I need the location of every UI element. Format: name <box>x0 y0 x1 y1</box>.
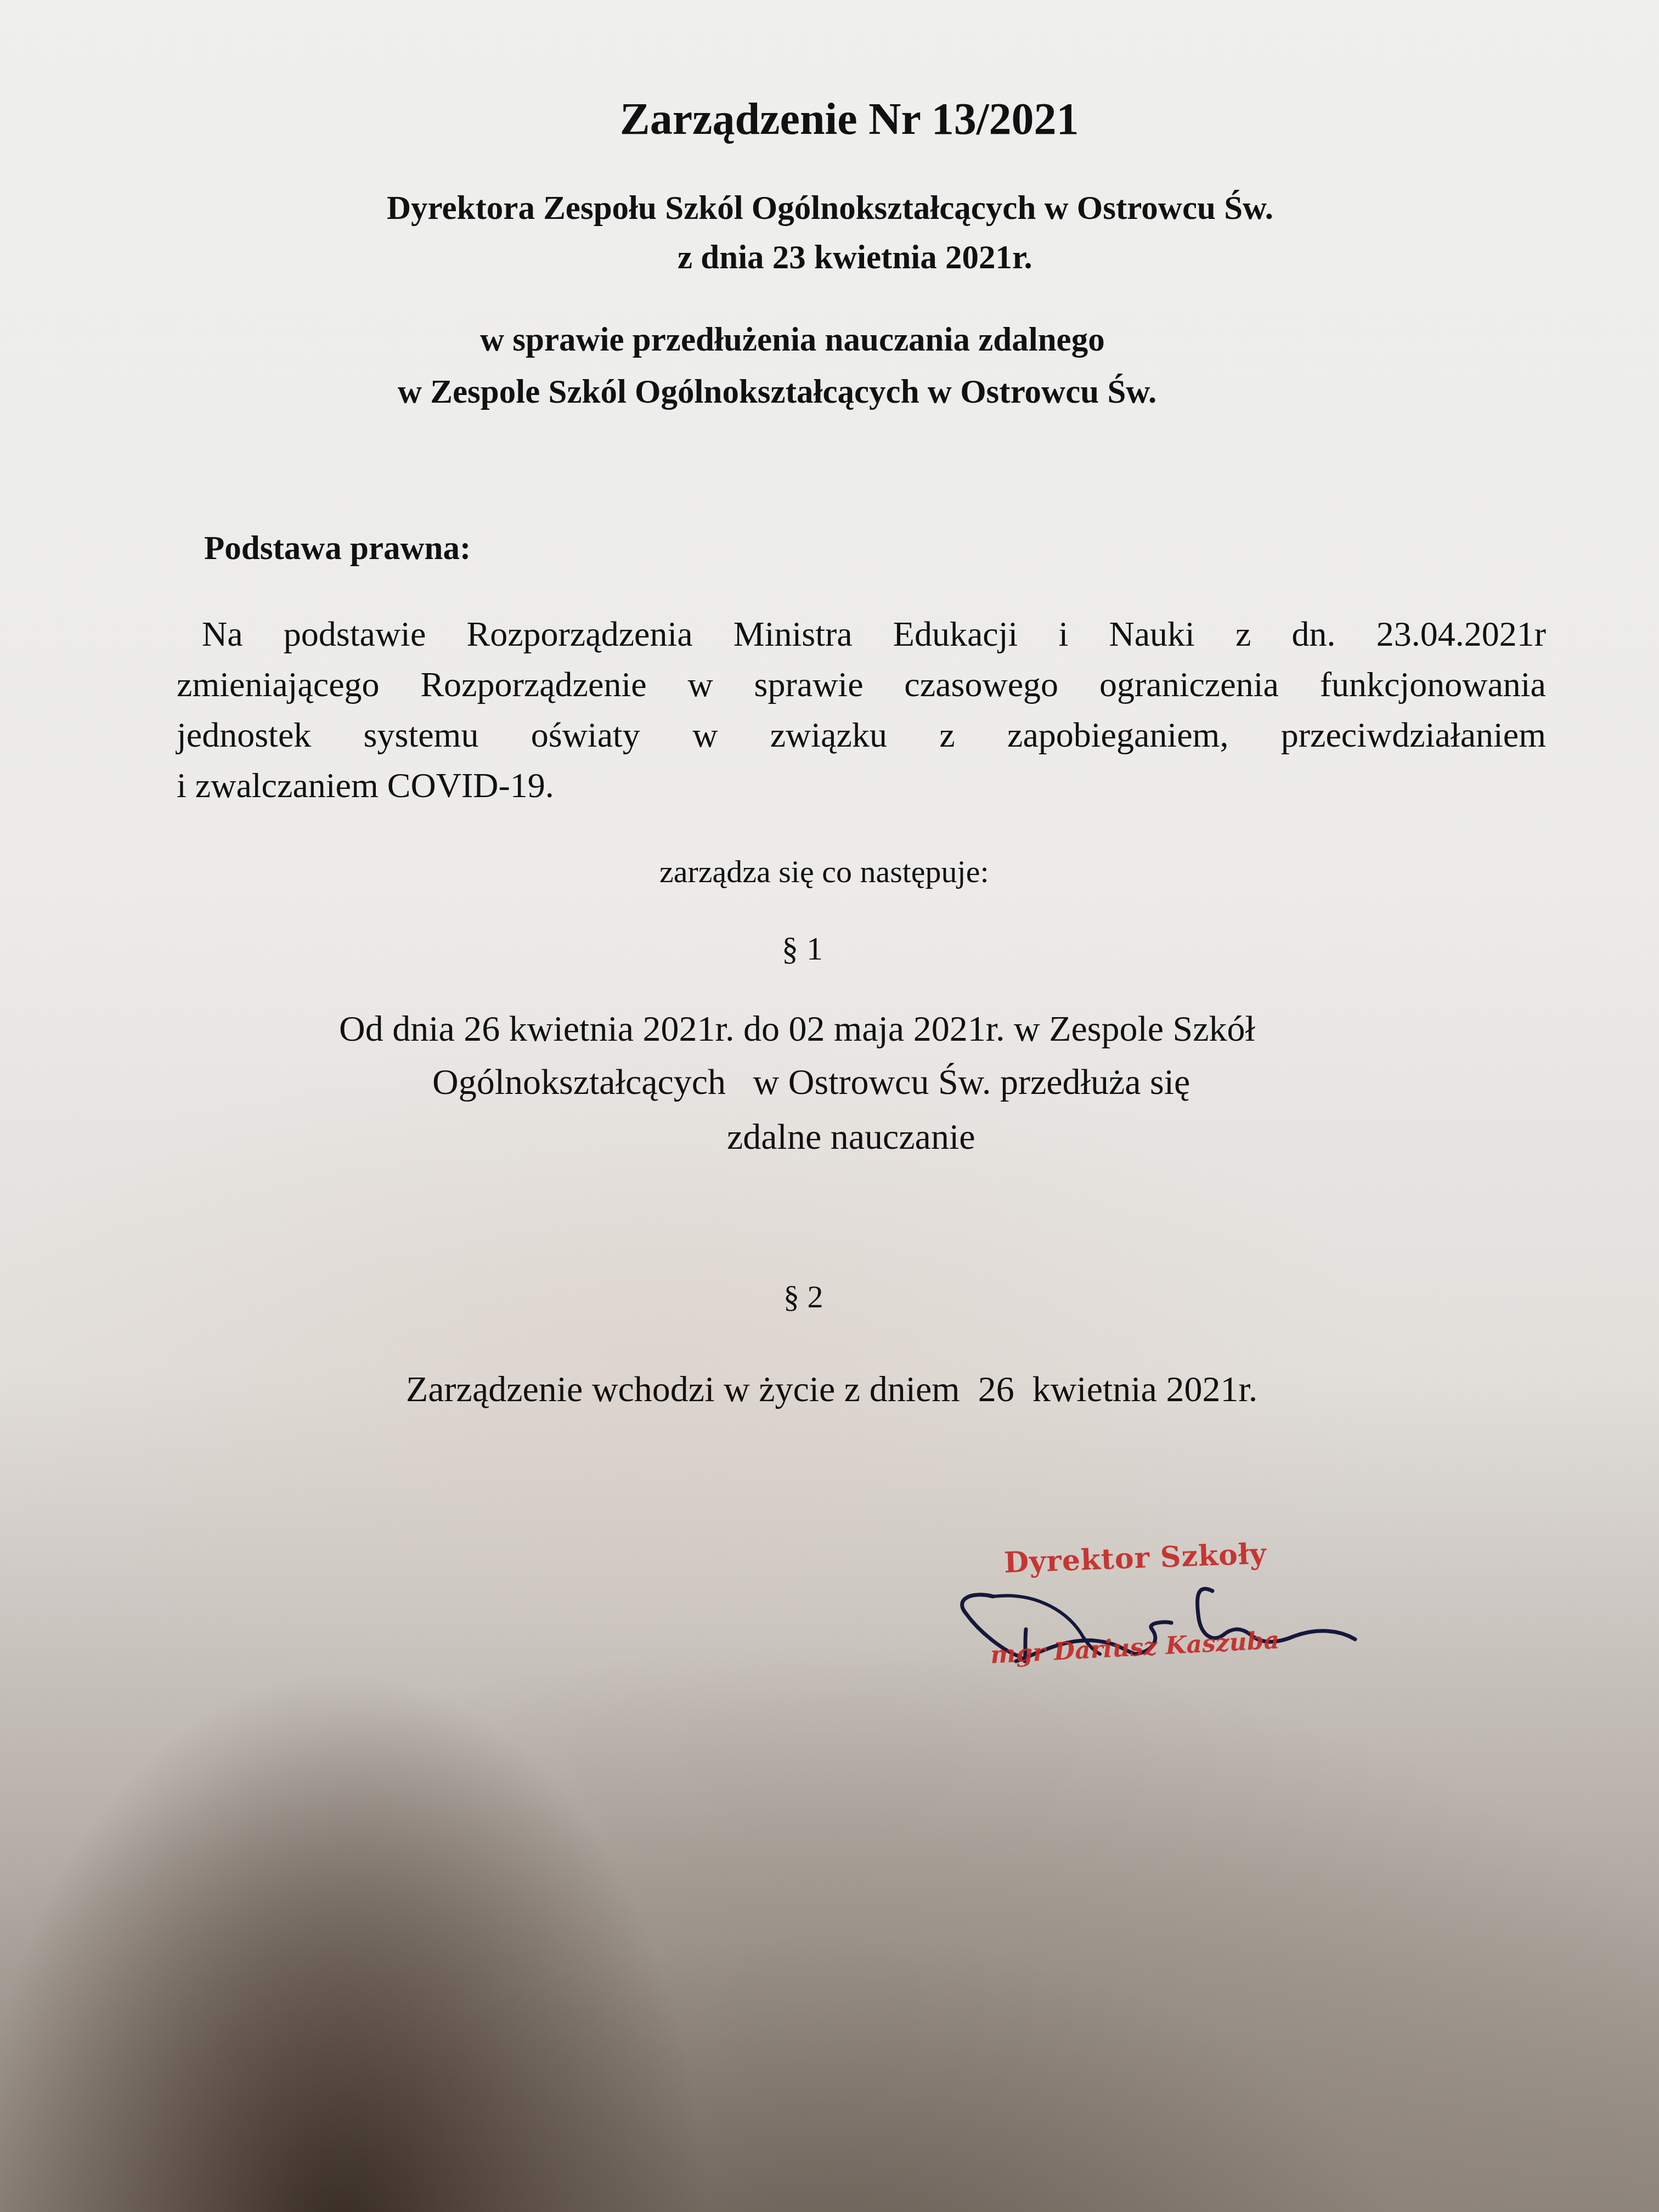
legal-basis-line: i zwalczaniem COVID-19. <box>177 760 1546 811</box>
section-2-line: Zarządzenie wchodzi w życie z dniem 26 k… <box>406 1369 1257 1410</box>
section-1-label: § 1 <box>782 930 823 968</box>
date-line: z dnia 23 kwietnia 2021r. <box>678 239 1032 277</box>
issuer-line: Dyrektora Zespołu Szkól Ogólnokształcący… <box>387 189 1273 228</box>
section-1-line: zdalne nauczanie <box>727 1116 975 1158</box>
document-title: Zarządzenie Nr 13/2021 <box>620 93 1079 145</box>
legal-basis-line: Na podstawie Rozporządzenia Ministra Edu… <box>177 609 1546 659</box>
section-1-line: Od dnia 26 kwietnia 2021r. do 02 maja 20… <box>339 1008 1255 1050</box>
legal-basis-paragraph: Na podstawie Rozporządzenia Ministra Edu… <box>177 609 1546 811</box>
legal-basis-heading: Podstawa prawna: <box>204 529 471 568</box>
subject-line-1: w sprawie przedłużenia nauczania zdalneg… <box>480 321 1105 359</box>
section-2-label: § 2 <box>783 1278 823 1315</box>
subject-line-2: w Zespole Szkól Ogólnokształcących w Ost… <box>398 373 1156 411</box>
legal-basis-line: jednostek systemu oświaty w związku z za… <box>177 710 1546 760</box>
section-1-line: Ogólnokształcących w Ostrowcu Św. przedł… <box>432 1062 1190 1103</box>
legal-basis-line: zmieniającego Rozporządzenie w sprawie c… <box>177 659 1546 710</box>
ordering-clause: zarządza się co następuje: <box>659 853 989 890</box>
document-page: Zarządzenie Nr 13/2021 Dyrektora Zespołu… <box>0 0 1659 2212</box>
stamp-title: Dyrektor Szkoły <box>1003 1537 1267 1580</box>
